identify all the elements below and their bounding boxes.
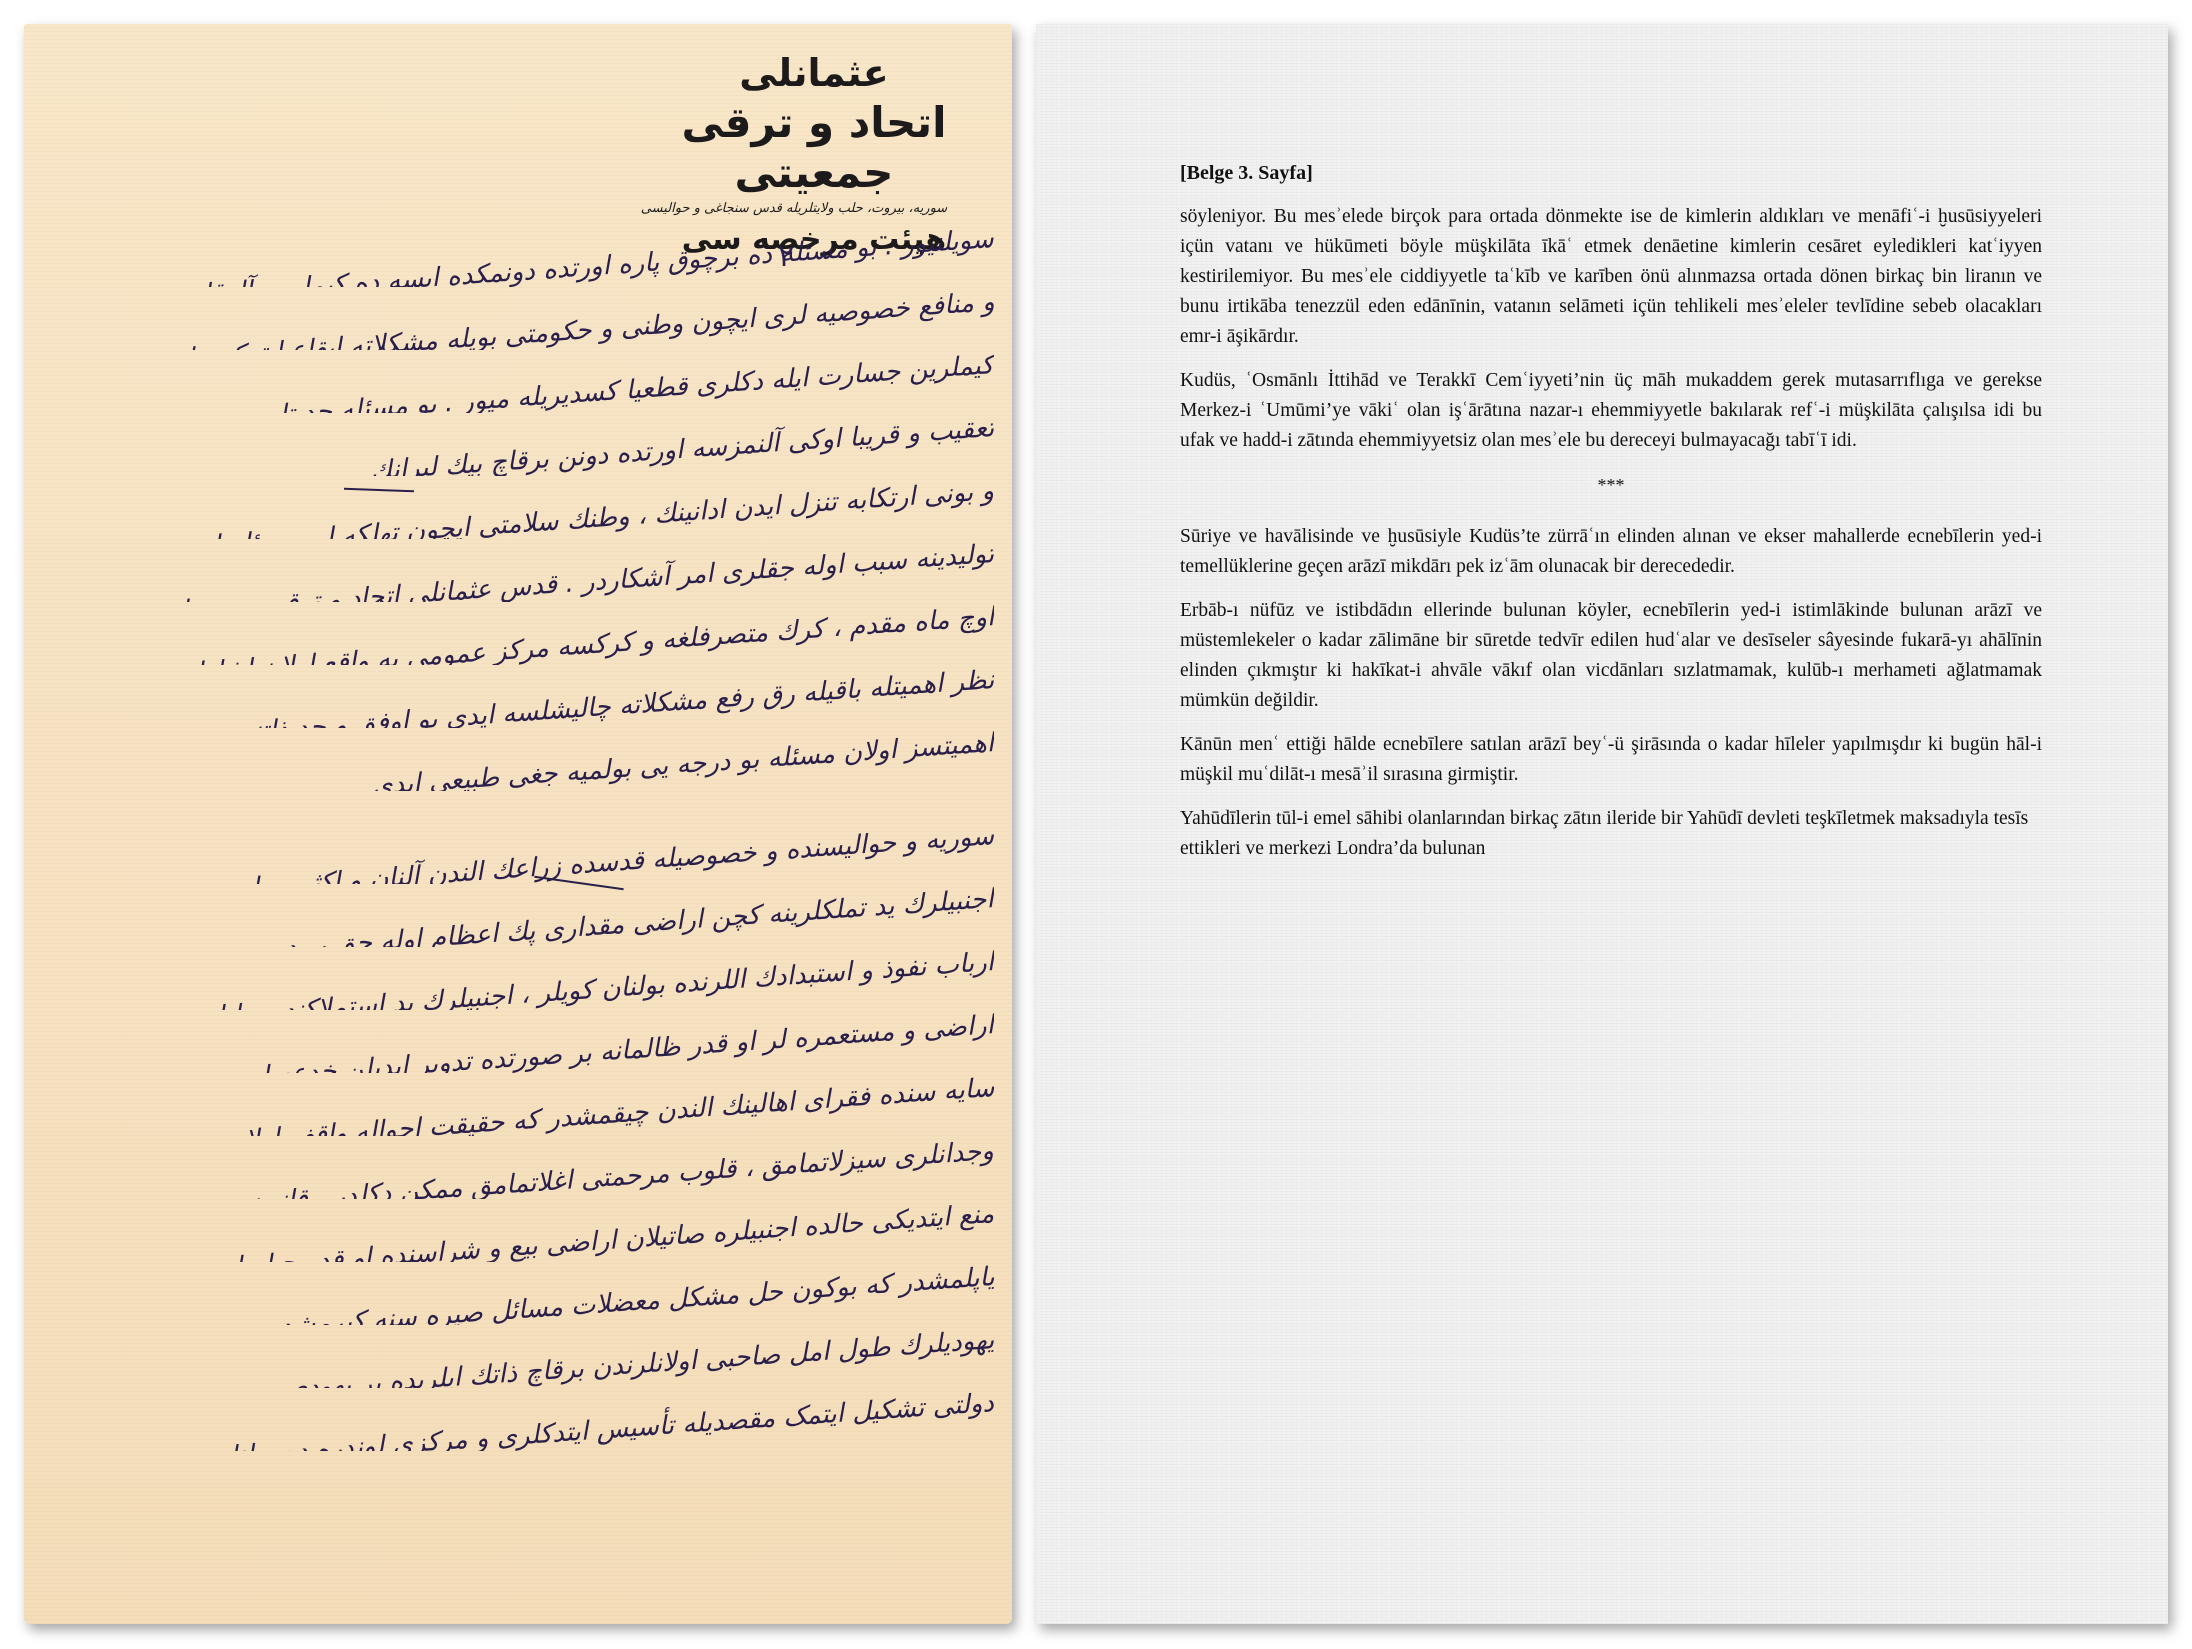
handwritten-line: منع ایتدیکی حالده اجنبیلره صاتیلان اراضی… [64, 1199, 994, 1262]
handwritten-line: تولیدینه سبب اوله جقلری امر آشکاردر . قد… [64, 539, 994, 602]
handwritten-text: سویلنیور . بو مسئله ده برچوق پاره اورتده… [64, 224, 994, 1451]
handwritten-line: سوریه و حوالیسنده و خصوصیله قدسده زراعك … [64, 821, 994, 884]
document-page-title: [Belge 3. Sayfa] [1180, 158, 2042, 188]
handwritten-line: اراضی و مستعمره لر او قدر ظالمانه بر صور… [64, 1010, 994, 1073]
section-separator: *** [1180, 470, 2042, 500]
paragraph: söyleniyor. Bu mesʾelede birçok para ort… [1180, 202, 2042, 352]
handwritten-line: ارباب نفوذ و استبدادك اللرنده بولنان کوی… [64, 947, 994, 1010]
handwritten-line: اهمیتسز اولان مسئله بو درجه یی بولمیه جغ… [64, 728, 994, 791]
paragraph: Sūriye ve havālisinde ve ḫusūsiyle Kudüs… [1180, 522, 2042, 582]
handwritten-line: و بونی ارتکابه تنزل ایدن ادانینك ، وطنك … [64, 476, 994, 539]
handwritten-line: یاپلمشدر که بوکون حل مشکل معضلات مسائل ص… [64, 1262, 994, 1325]
handwritten-line: اجنبیلرك ید تملکلرینه کچن اراضی مقداری پ… [64, 884, 994, 947]
paragraph: Yahūdīlerin tūl-i emel sāhibi olanlarınd… [1180, 804, 2042, 864]
handwritten-line: نظر اهمیتله باقیله رق رفع مشکلاته چالیشل… [64, 665, 994, 728]
handwritten-line: سویلنیور . بو مسئله ده برچوق پاره اورتده… [64, 224, 994, 287]
paragraph: Kānūn menʿ ettiği hālde ecnebīlere satıl… [1180, 730, 2042, 790]
paragraph: Erbāb-ı nüfūz ve istibdādın ellerinde bu… [1180, 596, 2042, 716]
transcription-body: [Belge 3. Sayfa] söyleniyor. Bu mesʾeled… [1180, 158, 2042, 878]
handwritten-line: کیملرین جسارت ایله دکلری قطعیا کسدیریله … [64, 350, 994, 413]
paragraph: Kudüs, ʿOsmānlı İttihād ve Terakkī Cemʿi… [1180, 366, 2042, 456]
transcription-page: [Belge 3. Sayfa] söyleniyor. Bu mesʾeled… [1036, 24, 2168, 1624]
handwritten-line [64, 791, 994, 821]
manuscript-page: عثمانلی اتحاد و ترقی جمعیتی سوریه، بیروت… [24, 24, 1012, 1624]
handwritten-line: یهودیلرك طول امل صاحبی اولانلرندن برقاچ … [64, 1325, 994, 1388]
letterhead-line-3: سوریه، بیروت، حلب ولایتلریله قدس سنجاغی … [624, 198, 964, 220]
handwritten-line: سایه سنده فقرای اهالینك الندن چیقمشدر که… [64, 1073, 994, 1136]
handwritten-line: وجدانلری سیزلاتمامق ، قلوب مرحمتی اغلاتم… [64, 1136, 994, 1199]
letterhead-line-1: عثمانلی [664, 48, 964, 98]
handwritten-line: تعقیب و قریبا اوکی آلنمزسه اورتده دونن ب… [64, 413, 994, 476]
handwritten-line: و منافع خصوصیه لری ایچون وطنی و حکومتی ب… [64, 287, 994, 350]
letterhead-line-2: اتحاد و ترقی جمعیتی [664, 98, 964, 198]
handwritten-line: دولتی تشکیل ایتمک مقصدیله تأسیس ایتدکلری… [64, 1388, 994, 1451]
handwritten-line: اوچ ماه مقدم ، کرك متصرفلغه و کرکسه مرکز… [64, 602, 994, 665]
